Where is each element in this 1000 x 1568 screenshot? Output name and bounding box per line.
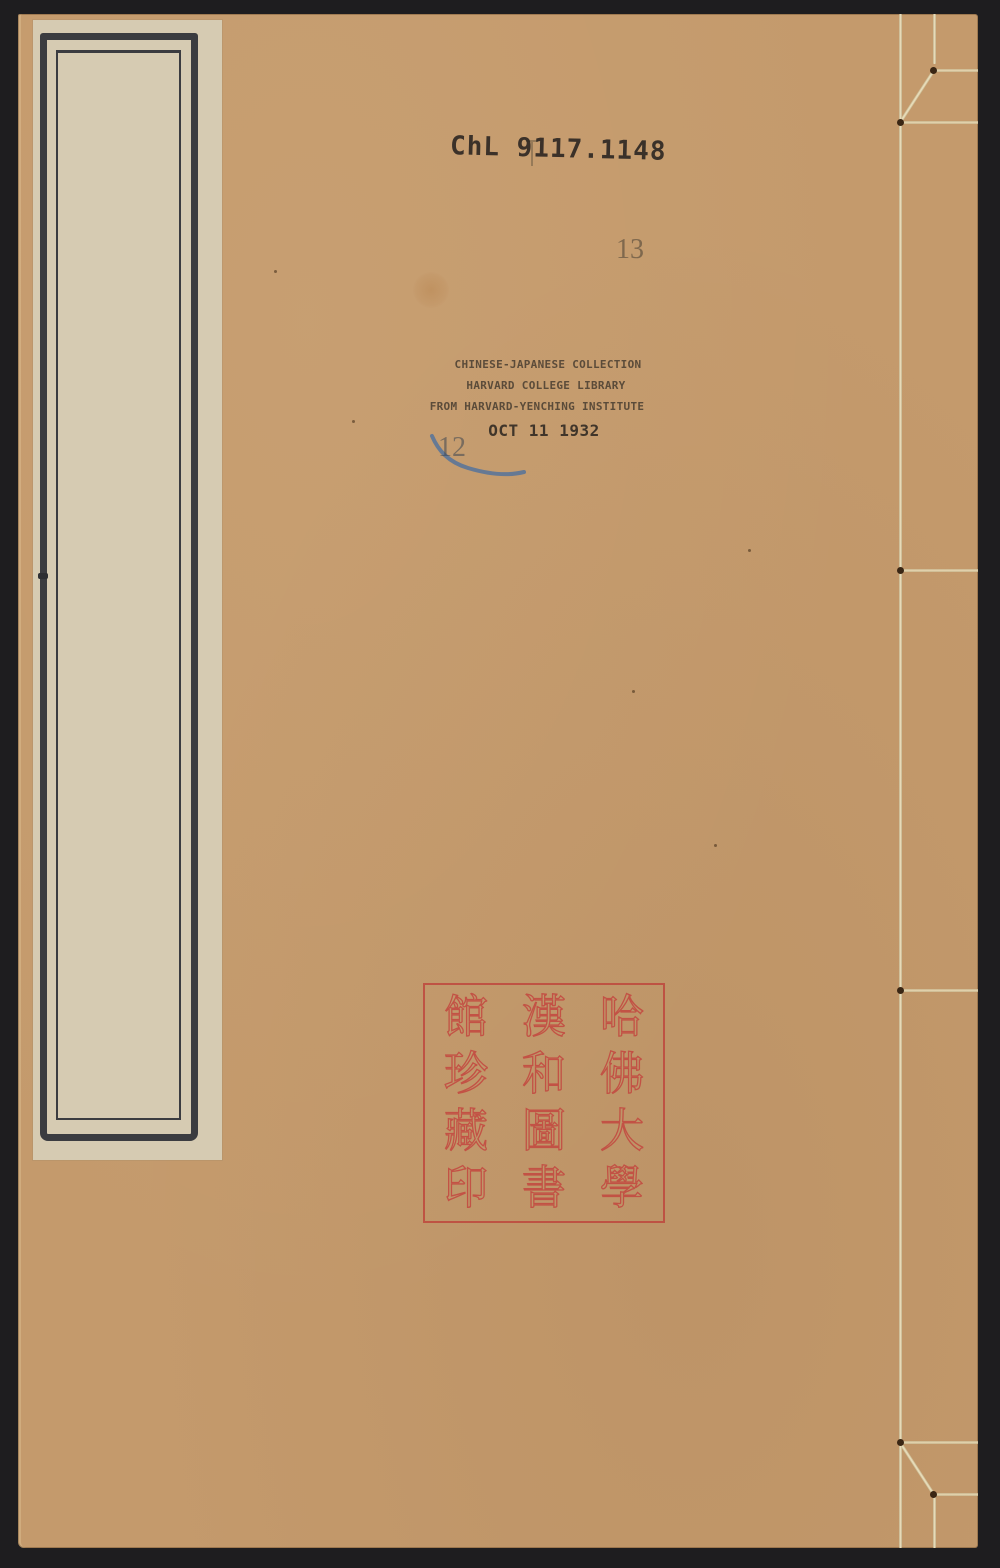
- red-ownership-seal: 哈 佛 大 學 漢 和 圖 書 館 珍 藏 印: [423, 983, 665, 1223]
- seal-column: 哈 佛 大 學: [593, 989, 651, 1217]
- seal-character: 學: [600, 1160, 644, 1217]
- binding-thread-top-segment: [933, 14, 936, 64]
- volume-number: 13: [616, 234, 644, 266]
- paper-speck: [748, 549, 751, 552]
- seal-column: 漢 和 圖 書: [515, 989, 573, 1217]
- binding-stitch: [902, 989, 978, 992]
- seal-column: 館 珍 藏 印: [437, 989, 495, 1217]
- book-cover: ChL 9117.1148 13 CHINESE-JAPANESE COLLEC…: [18, 14, 978, 1548]
- seal-character: 大: [600, 1103, 644, 1160]
- binding-stitch: [936, 69, 978, 72]
- seal-character: 和: [522, 1046, 566, 1103]
- binding-stitch: [936, 1493, 978, 1496]
- slip-border-gap: [93, 54, 97, 59]
- paper-speck: [352, 420, 355, 423]
- paper-stain: [413, 272, 449, 308]
- slip-notch-mark: [38, 573, 48, 579]
- binding-thread-outer: [899, 14, 902, 1548]
- call-number: ChL 9117.1148: [450, 131, 667, 167]
- paper-speck: [714, 844, 717, 847]
- title-slip-inner-border: [56, 50, 181, 1120]
- seal-character: 印: [444, 1160, 488, 1217]
- seal-character: 佛: [600, 1046, 644, 1103]
- binding-stitch: [902, 569, 978, 572]
- binding-stitch: [902, 1441, 978, 1444]
- paper-speck: [632, 690, 635, 693]
- seal-character: 館: [444, 989, 488, 1046]
- stamp-line-collection: CHINESE-JAPANESE COLLECTION: [398, 354, 698, 375]
- library-accession-stamp: CHINESE-JAPANESE COLLECTION HARVARD COLL…: [398, 354, 698, 442]
- seal-character: 書: [522, 1160, 566, 1217]
- stitch-hole: [897, 567, 904, 574]
- seal-character: 哈: [600, 989, 644, 1046]
- binding-thread-corner-bottom: [901, 1445, 936, 1497]
- stitch-hole: [897, 119, 904, 126]
- title-slip: [33, 20, 222, 1160]
- stamp-line-source: FROM HARVARD-YENCHING INSTITUTE: [376, 396, 698, 417]
- slip-border-gap: [203, 580, 209, 584]
- shelf-mark: 12: [438, 432, 466, 464]
- slip-border-gap: [61, 54, 69, 59]
- paper-speck: [274, 270, 277, 273]
- binding-thread-corner-top: [901, 68, 936, 120]
- binding-stitch: [902, 121, 978, 124]
- stitch-hole: [930, 1491, 937, 1498]
- seal-character: 圖: [522, 1103, 566, 1160]
- title-slip-outer-border: [40, 33, 198, 1141]
- seal-character: 漢: [522, 989, 566, 1046]
- stitch-hole: [897, 1439, 904, 1446]
- stamp-line-library: HARVARD COLLEGE LIBRARY: [394, 375, 698, 396]
- stitch-hole: [930, 67, 937, 74]
- seal-character: 藏: [444, 1103, 488, 1160]
- stitch-hole: [897, 987, 904, 994]
- seal-character: 珍: [444, 1046, 488, 1103]
- binding-thread-bottom-segment: [933, 1496, 936, 1548]
